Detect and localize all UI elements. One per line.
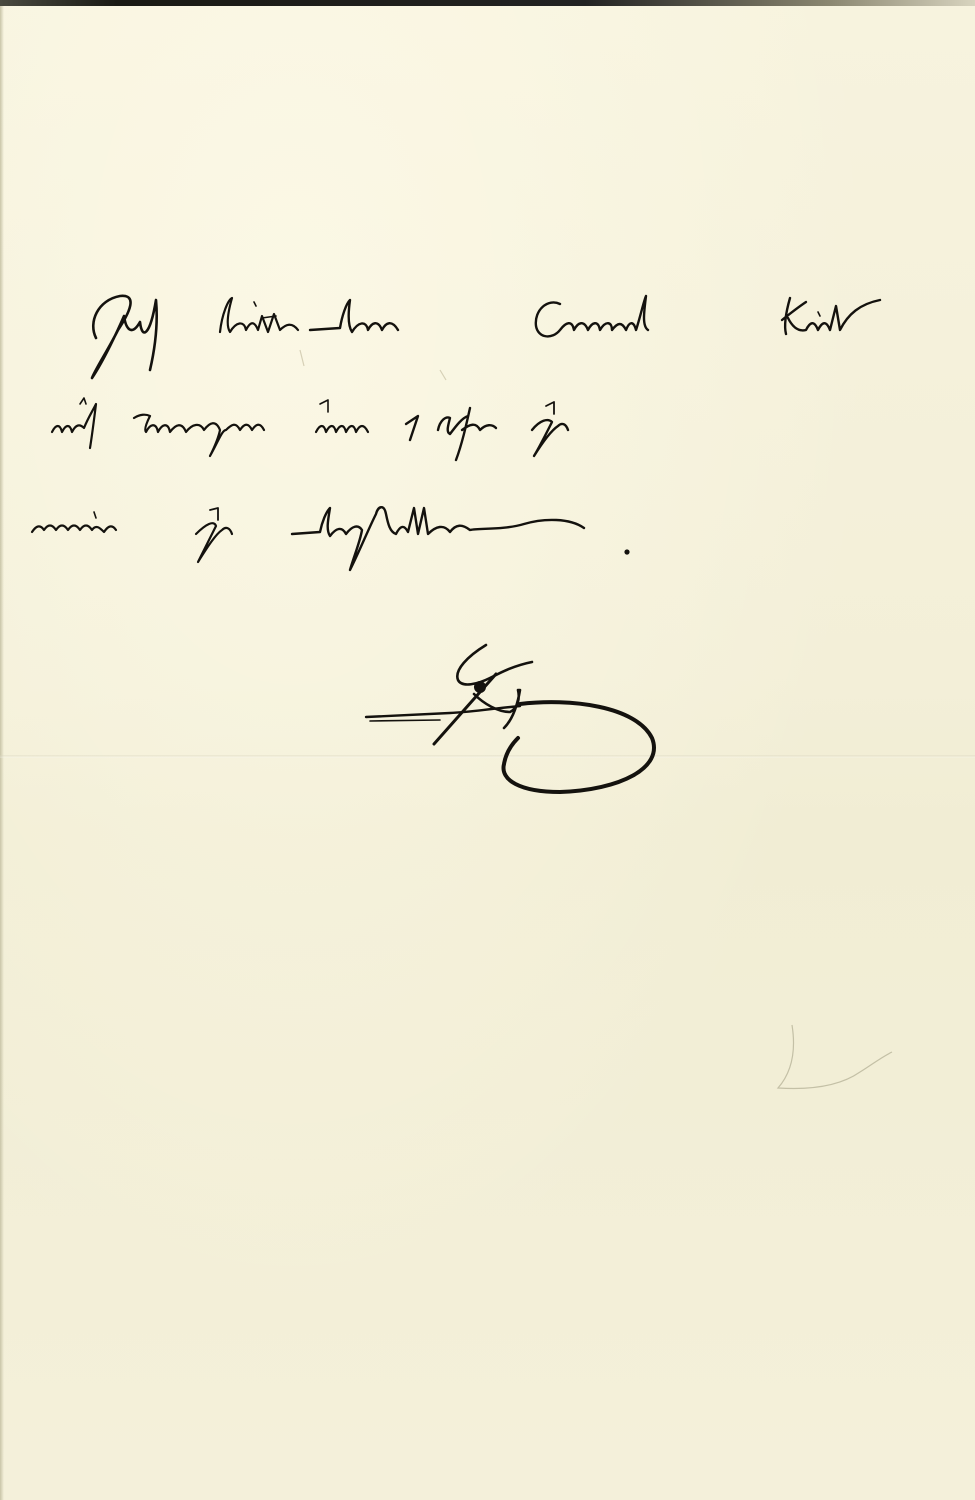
period-mark bbox=[624, 549, 629, 554]
handwritten-line-2 bbox=[52, 398, 568, 460]
handwritten-line-1 bbox=[92, 296, 880, 378]
handwritten-line-3 bbox=[32, 507, 630, 570]
pencil-mark bbox=[778, 1025, 892, 1088]
signature-monogram bbox=[366, 645, 654, 792]
faint-pencil-trace bbox=[300, 350, 446, 380]
handwriting-layer bbox=[0, 0, 975, 1500]
